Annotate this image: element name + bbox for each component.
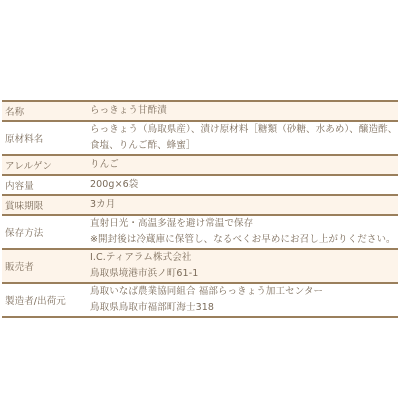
value-line: 200g×6袋 — [90, 177, 398, 193]
value-line: りんご — [90, 157, 398, 173]
label-storage: 保存方法 — [2, 215, 84, 249]
value-line: 鳥取いなば農業協同組合 福部らっきょう加工センター — [90, 284, 398, 300]
value-line: 鳥取県鳥取市福部町海士318 — [90, 300, 398, 316]
value-line: ※開封後は冷蔵庫に保管し、なるべくお早めにお召し上がりください。 — [90, 232, 398, 248]
label-seller: 販売者 — [2, 249, 84, 283]
value-line: 直射日光・高温多湿を避け常温で保存 — [90, 216, 398, 232]
row-ingredients: 原材料名 らっきょう（鳥取県産）、漬け原材料［糖類（砂糖、水あめ）、醸造酢、 食… — [2, 121, 398, 155]
row-manufacturer: 製造者/出荷元 鳥取いなば農業協同組合 福部らっきょう加工センター 鳥取県鳥取市… — [2, 283, 398, 317]
value-content-volume: 200g×6袋 — [84, 175, 398, 195]
value-line: I.C.ティアラム株式会社 — [90, 250, 398, 266]
value-seller: I.C.ティアラム株式会社 鳥取県境港市浜ノ町61-1 — [84, 249, 398, 283]
row-allergen: アレルゲン りんご — [2, 155, 398, 175]
value-line: らっきょう（鳥取県産）、漬け原材料［糖類（砂糖、水あめ）、醸造酢、 — [90, 122, 398, 138]
label-allergen: アレルゲン — [2, 155, 84, 175]
value-best-before: 3カ月 — [84, 195, 398, 215]
row-seller: 販売者 I.C.ティアラム株式会社 鳥取県境港市浜ノ町61-1 — [2, 249, 398, 283]
value-line: らっきょう甘酢漬 — [90, 103, 398, 119]
row-storage: 保存方法 直射日光・高温多湿を避け常温で保存 ※開封後は冷蔵庫に保管し、なるべく… — [2, 215, 398, 249]
label-name: 名称 — [2, 101, 84, 121]
label-manufacturer: 製造者/出荷元 — [2, 283, 84, 317]
value-line: 3カ月 — [90, 197, 398, 213]
label-ingredients: 原材料名 — [2, 121, 84, 155]
value-line: 鳥取県境港市浜ノ町61-1 — [90, 266, 398, 282]
value-storage: 直射日光・高温多湿を避け常温で保存 ※開封後は冷蔵庫に保管し、なるべくお早めにお… — [84, 215, 398, 249]
value-line: 食塩、りんご酢、蜂蜜］ — [90, 138, 398, 154]
value-name: らっきょう甘酢漬 — [84, 101, 398, 121]
product-spec-table: 名称 らっきょう甘酢漬 原材料名 らっきょう（鳥取県産）、漬け原材料［糖類（砂糖… — [2, 100, 398, 318]
row-name: 名称 らっきょう甘酢漬 — [2, 101, 398, 121]
row-content-volume: 内容量 200g×6袋 — [2, 175, 398, 195]
label-best-before: 賞味期限 — [2, 195, 84, 215]
value-ingredients: らっきょう（鳥取県産）、漬け原材料［糖類（砂糖、水あめ）、醸造酢、 食塩、りんご… — [84, 121, 398, 155]
label-content-volume: 内容量 — [2, 175, 84, 195]
row-best-before: 賞味期限 3カ月 — [2, 195, 398, 215]
value-allergen: りんご — [84, 155, 398, 175]
value-manufacturer: 鳥取いなば農業協同組合 福部らっきょう加工センター 鳥取県鳥取市福部町海士318 — [84, 283, 398, 317]
